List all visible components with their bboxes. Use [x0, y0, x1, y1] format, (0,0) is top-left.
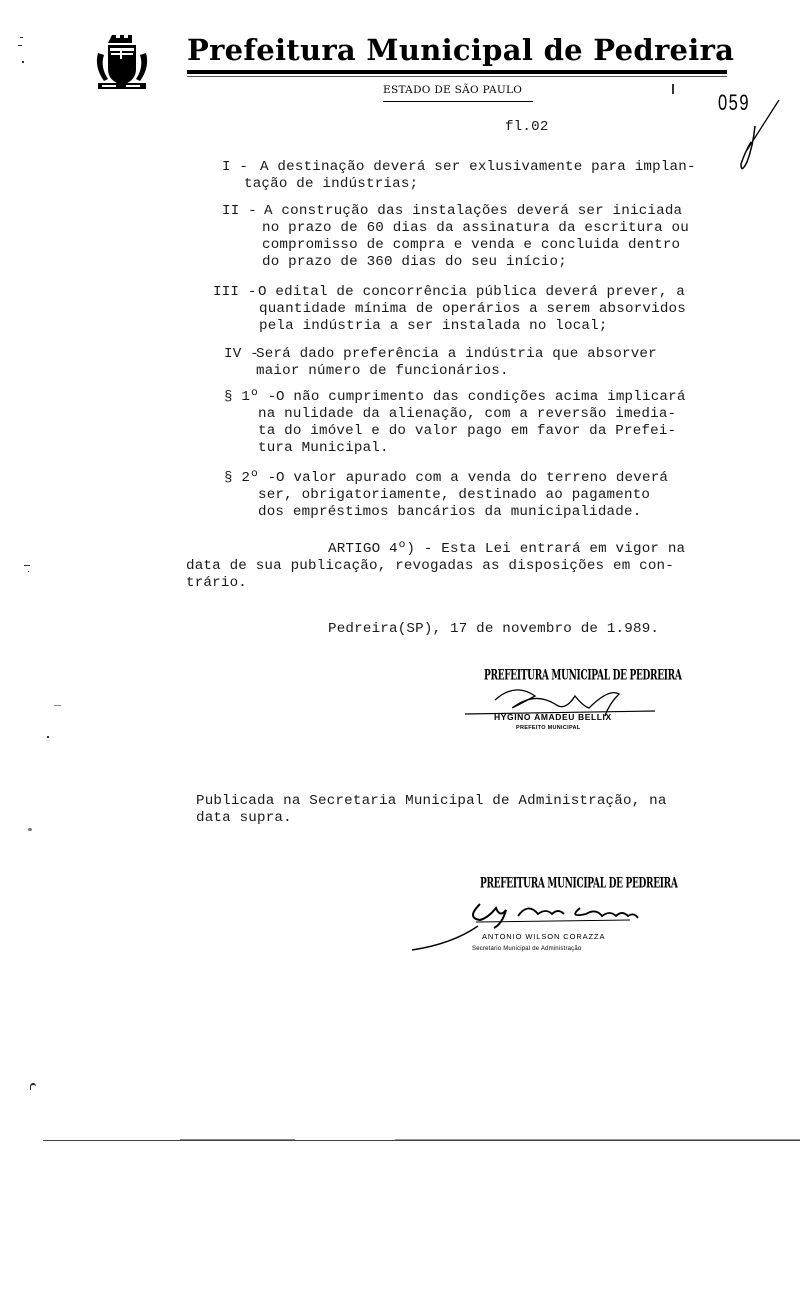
signatory-name: HYGINO ÂMADEU BELLIX [494, 712, 612, 722]
signature-block-secretary: PREFEITURA MUNICIPAL DE PEDREIRA ANTONIO… [410, 880, 690, 970]
publication-line: data supra. [196, 810, 292, 826]
signature-block-mayor: PREFEITURA MUNICIPAL DE PEDREIRA HYGINO … [460, 668, 680, 748]
header-rule-thin [187, 76, 727, 77]
margin-mark [47, 736, 49, 738]
signatory-role: PREFEITO MUNICIPAL [516, 725, 580, 731]
scan-edge-line [395, 1139, 800, 1140]
item-line: tura Municipal. [258, 440, 389, 456]
article-line: ARTIGO 4º) - Esta Lei entrará em vigor n… [328, 541, 685, 557]
margin-mark [22, 61, 24, 63]
margin-mark [28, 828, 32, 831]
signature-stamp: PREFEITURA MUNICIPAL DE PEDREIRA [480, 877, 678, 892]
margin-mark [18, 45, 22, 46]
item-line: O valor apurado com a venda do terreno d… [276, 470, 668, 486]
item-line: quantidade mínima de operários a serem a… [259, 301, 686, 317]
date-line: Pedreira(SP), 17 de novembro de 1.989. [328, 621, 659, 637]
item-line: O edital de concorrência pública deverá … [258, 284, 685, 300]
header-rule [187, 70, 727, 74]
coat-of-arms-icon [94, 33, 150, 93]
item-line: ser, obrigatoriamente, destinado ao paga… [258, 487, 650, 503]
item-line: Será dado preferência a indústria que ab… [256, 346, 657, 362]
item-label: § 1º - [224, 389, 276, 405]
item-line: O não cumprimento das condições acima im… [276, 389, 686, 405]
item-label: IV - [224, 346, 259, 362]
item-line: no prazo de 60 dias da assinatura da esc… [262, 220, 689, 236]
margin-mark [54, 705, 61, 706]
item-line: maior número de funcionários. [256, 363, 509, 379]
item-line: na nulidade da alienação, com a reversão… [258, 406, 676, 422]
scan-edge-line [43, 1140, 800, 1141]
publication-line: Publicada na Secretaria Municipal de Adm… [196, 793, 667, 809]
item-label: I - [222, 159, 248, 175]
item-label: II - [222, 203, 257, 219]
signatory-role: Secretario Municipal de Administração [472, 946, 581, 952]
signature-scribble-icon [410, 894, 690, 954]
margin-mark [24, 565, 30, 566]
item-line: ta do imóvel e do valor pago em favor da… [258, 423, 676, 439]
margin-mark [30, 1083, 36, 1090]
handwritten-initial-icon [735, 98, 780, 178]
item-line: A construção das instalações deverá ser … [264, 203, 682, 219]
item-line: tação de indústrias; [244, 176, 418, 192]
state-label: ESTADO DE SÃO PAULO [383, 84, 522, 96]
page-title: Prefeitura Municipal de Pedreira [187, 33, 734, 67]
margin-mark [20, 37, 23, 38]
item-label: III - [213, 284, 257, 300]
article-line: trário. [186, 575, 247, 591]
state-underline [383, 101, 533, 102]
item-label: § 2º - [224, 470, 276, 486]
item-line: do prazo de 360 dias do seu início; [262, 254, 567, 270]
signatory-name: ANTONIO WILSON CORAZZA [482, 932, 605, 941]
folio-label: fl.02 [505, 119, 549, 135]
item-line: A destinação deverá ser exlusivamente pa… [260, 159, 696, 175]
scan-edge-line [180, 1139, 295, 1140]
item-line: dos empréstimos bancários da municipalid… [258, 504, 641, 520]
margin-mark [28, 571, 29, 572]
item-line: pela indústria a ser instalada no local; [259, 318, 608, 334]
item-line: compromisso de compra e venda e concluid… [262, 237, 680, 253]
margin-mark [672, 84, 674, 94]
article-line: data de sua publicação, revogadas as dis… [186, 558, 674, 574]
